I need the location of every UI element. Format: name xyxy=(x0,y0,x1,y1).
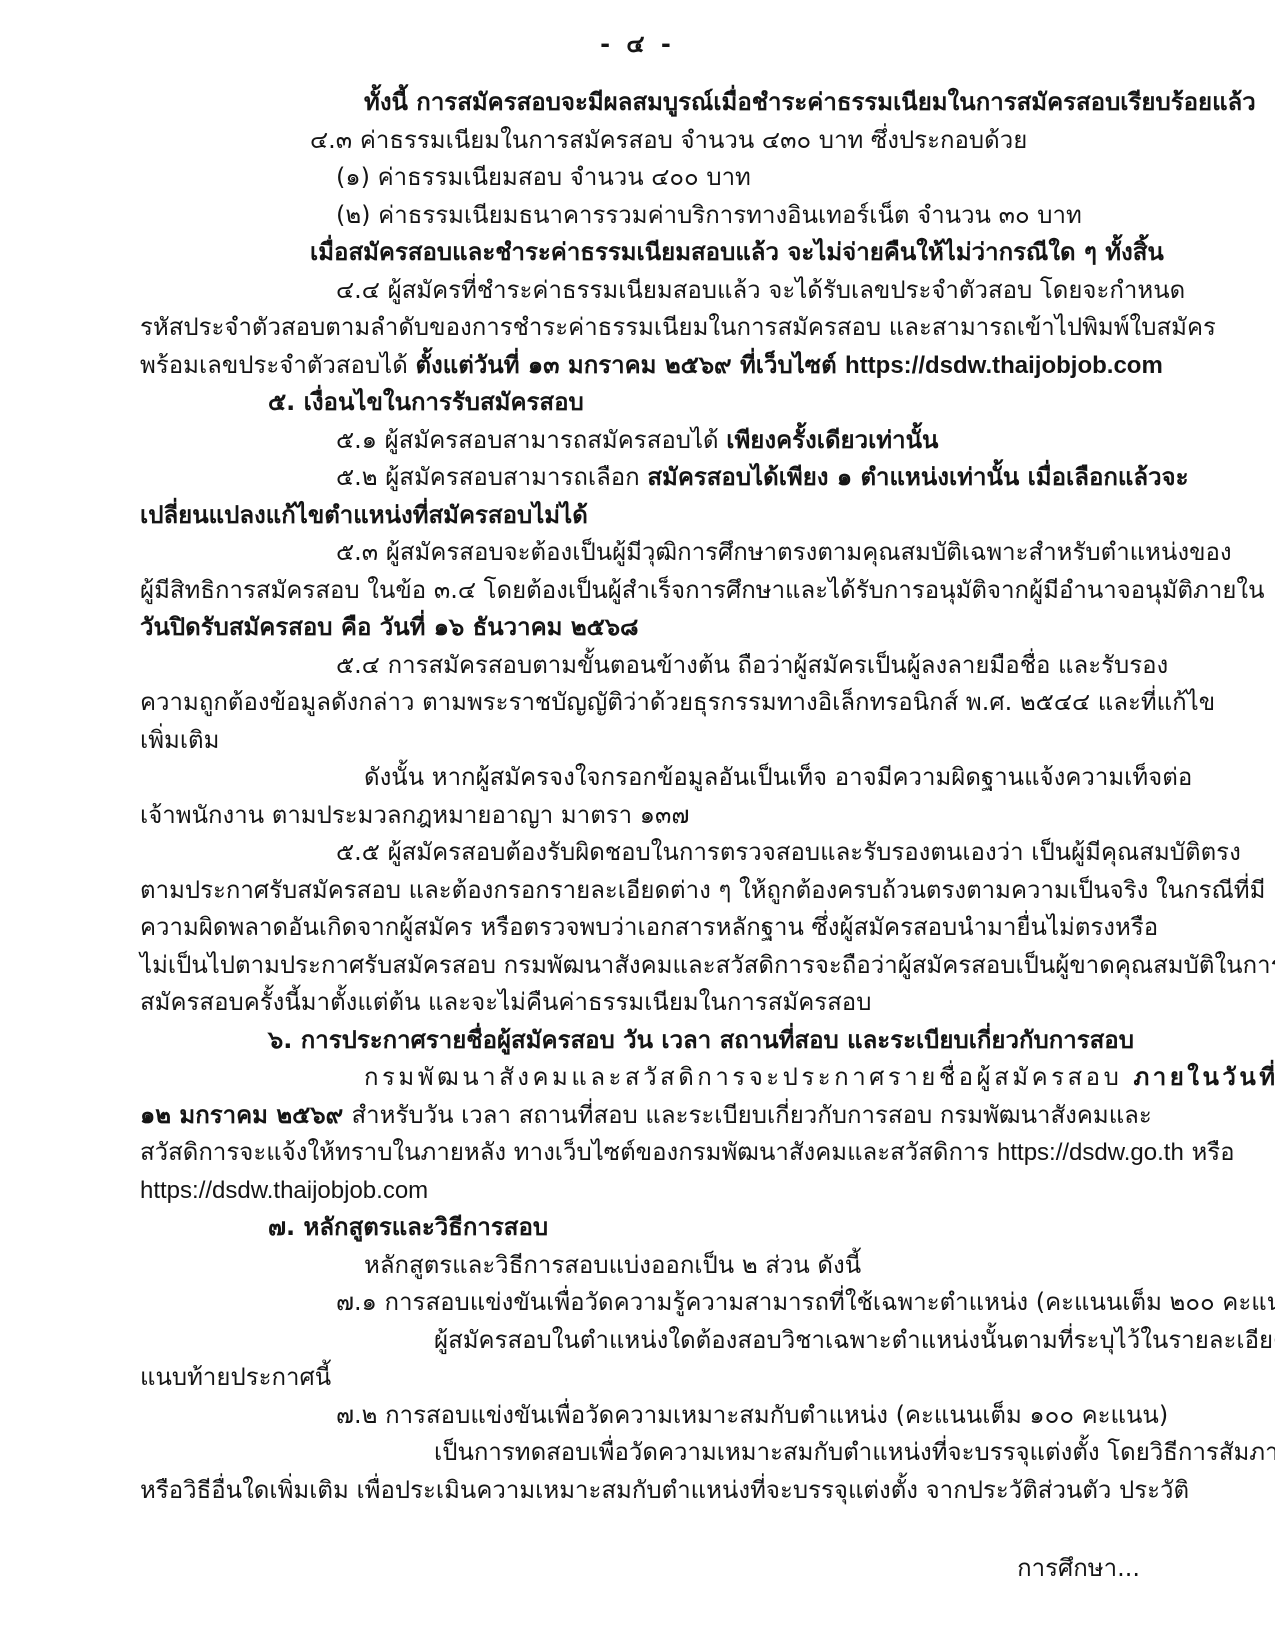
document-line: รหัสประจำตัวสอบตามลำดับของการชำระค่าธรรม… xyxy=(140,309,1115,347)
document-line: พร้อมเลขประจำตัวสอบได้ ตั้งแต่วันที่ ๑๓ … xyxy=(140,347,1115,385)
document-line: ๔.๔ ผู้สมัครที่ชำระค่าธรรมเนียมสอบแล้ว จ… xyxy=(336,272,1115,310)
text-run: สมัครสอบได้เพียง ๑ ตำแหน่งเท่านั้น เมื่อ… xyxy=(647,463,1188,491)
text-run: วันปิดรับสมัครสอบ คือ วันที่ ๑๖ ธันวาคม … xyxy=(140,613,639,641)
document-line: ๖. การประกาศรายชื่อผู้สมัครสอบ วัน เวลา … xyxy=(268,1022,1115,1060)
text-run: ๗.๑ การสอบแข่งขันเพื่อวัดความรู้ความสามา… xyxy=(336,1288,1275,1316)
url-text: https://dsdw.go.th xyxy=(997,1139,1184,1166)
text-run: เป็นการทดสอบเพื่อวัดความเหมาะสมกับตำแหน่… xyxy=(434,1438,1275,1466)
text-run: ความถูกต้องข้อมูลดังกล่าว ตามพระราชบัญญั… xyxy=(140,688,1215,716)
text-run: ๕.๓ ผู้สมัครสอบจะต้องเป็นผู้มีวุฒิการศึก… xyxy=(336,538,1232,566)
text-run: ผู้สมัครสอบในตำแหน่งใดต้องสอบวิชาเฉพาะตำ… xyxy=(434,1326,1275,1354)
text-run: เปลี่ยนแปลงแก้ไขตำแหน่งที่สมัครสอบไม่ได้ xyxy=(140,501,588,529)
document-line: เปลี่ยนแปลงแก้ไขตำแหน่งที่สมัครสอบไม่ได้ xyxy=(140,497,1115,535)
document-line: ๗.๑ การสอบแข่งขันเพื่อวัดความรู้ความสามา… xyxy=(336,1284,1115,1322)
document-line: ๕.๒ ผู้สมัครสอบสามารถเลือก สมัครสอบได้เพ… xyxy=(336,459,1115,497)
document-line: ๑๒ มกราคม ๒๕๖๙ สำหรับวัน เวลา สถานที่สอบ… xyxy=(140,1097,1115,1135)
text-run: ๕. เงื่อนไขในการรับสมัครสอบ xyxy=(268,388,584,416)
text-run: ทั้งนี้ การสมัครสอบจะมีผลสมบูรณ์เมื่อชำร… xyxy=(364,88,1256,116)
text-run: พร้อมเลขประจำตัวสอบได้ xyxy=(140,351,415,379)
text-run: ๕.๕ ผู้สมัครสอบต้องรับผิดชอบในการตรวจสอบ… xyxy=(336,838,1241,866)
text-run: สวัสดิการจะแจ้งให้ทราบในภายหลัง ทางเว็บไ… xyxy=(140,1138,997,1166)
document-line: กรมพัฒนาสังคมและสวัสดิการจะประกาศรายชื่อ… xyxy=(364,1059,1115,1097)
document-page: - ๔ - ทั้งนี้ การสมัครสอบจะมีผลสมบูรณ์เม… xyxy=(0,0,1275,1650)
text-run: (๑) ค่าธรรมเนียมสอบ จำนวน ๔๐๐ บาท xyxy=(336,163,751,191)
text-run: ๔.๔ ผู้สมัครที่ชำระค่าธรรมเนียมสอบแล้ว จ… xyxy=(336,276,1185,304)
document-line: ๕. เงื่อนไขในการรับสมัครสอบ xyxy=(268,384,1115,422)
document-line: เจ้าพนักงาน ตามประมวลกฎหมายอาญา มาตรา ๑๓… xyxy=(140,797,1115,835)
document-line: ผู้มีสิทธิการสมัครสอบ ในข้อ ๓.๔ โดยต้องเ… xyxy=(140,572,1115,610)
text-run: ๖. การประกาศรายชื่อผู้สมัครสอบ วัน เวลา … xyxy=(268,1026,1134,1054)
document-line: ผู้สมัครสอบในตำแหน่งใดต้องสอบวิชาเฉพาะตำ… xyxy=(434,1322,1115,1360)
text-run: ๔.๓ ค่าธรรมเนียมในการสมัครสอบ จำนวน ๔๓๐ … xyxy=(310,126,1027,154)
document-line: ๕.๑ ผู้สมัครสอบสามารถสมัครสอบได้ เพียงคร… xyxy=(336,422,1115,460)
document-line: วันปิดรับสมัครสอบ คือ วันที่ ๑๖ ธันวาคม … xyxy=(140,609,1115,647)
text-run: ตั้งแต่วันที่ ๑๓ มกราคม ๒๕๖๙ ที่เว็บไซต์ xyxy=(415,351,845,379)
page-number: - ๔ - xyxy=(0,24,1275,63)
text-run: ผู้มีสิทธิการสมัครสอบ ในข้อ ๓.๔ โดยต้องเ… xyxy=(140,576,1265,604)
text-run: รหัสประจำตัวสอบตามลำดับของการชำระค่าธรรม… xyxy=(140,313,1216,341)
document-line: ทั้งนี้ การสมัครสอบจะมีผลสมบูรณ์เมื่อชำร… xyxy=(364,84,1115,122)
document-line: หรือวิธีอื่นใดเพิ่มเติม เพื่อประเมินความ… xyxy=(140,1472,1115,1510)
text-run: แนบท้ายประกาศนี้ xyxy=(140,1363,331,1391)
text-run: ๑๒ มกราคม ๒๕๖๙ xyxy=(140,1101,352,1129)
text-run: หรือ xyxy=(1184,1138,1235,1166)
text-run: ความผิดพลาดอันเกิดจากผู้สมัคร หรือตรวจพบ… xyxy=(140,913,1158,941)
document-line: ๕.๔ การสมัครสอบตามขั้นตอนข้างต้น ถือว่าผ… xyxy=(336,647,1115,685)
text-run: (๒) ค่าธรรมเนียมธนาคารรวมค่าบริการทางอิน… xyxy=(336,201,1082,229)
document-line: ตามประกาศรับสมัครสอบ และต้องกรอกรายละเอี… xyxy=(140,872,1115,910)
document-line: https://dsdw.thaijobjob.com xyxy=(140,1172,1115,1210)
document-line: เมื่อสมัครสอบและชำระค่าธรรมเนียมสอบแล้ว … xyxy=(310,234,1115,272)
document-line: เป็นการทดสอบเพื่อวัดความเหมาะสมกับตำแหน่… xyxy=(434,1434,1115,1472)
text-run: ๕.๔ การสมัครสอบตามขั้นตอนข้างต้น ถือว่าผ… xyxy=(336,651,1168,679)
document-line: สมัครสอบครั้งนี้มาตั้งแต่ต้น และจะไม่คืน… xyxy=(140,984,1115,1022)
text-run: กรมพัฒนาสังคมและสวัสดิการจะประกาศรายชื่อ… xyxy=(364,1063,1133,1091)
text-run: ตามประกาศรับสมัครสอบ และต้องกรอกรายละเอี… xyxy=(140,876,1265,904)
document-line: ๕.๓ ผู้สมัครสอบจะต้องเป็นผู้มีวุฒิการศึก… xyxy=(336,534,1115,572)
url-text: https://dsdw.thaijobjob.com xyxy=(140,1177,428,1204)
text-run: ภายในวันที่ xyxy=(1133,1063,1275,1091)
document-line: ๕.๕ ผู้สมัครสอบต้องรับผิดชอบในการตรวจสอบ… xyxy=(336,834,1115,872)
url-text: https://dsdw.thaijobjob.com xyxy=(845,352,1163,379)
document-line: ดังนั้น หากผู้สมัครจงใจกรอกข้อมูลอันเป็น… xyxy=(364,759,1115,797)
document-line: (๒) ค่าธรรมเนียมธนาคารรวมค่าบริการทางอิน… xyxy=(336,197,1115,235)
document-line: ๔.๓ ค่าธรรมเนียมในการสมัครสอบ จำนวน ๔๓๐ … xyxy=(310,122,1115,160)
text-run: ดังนั้น หากผู้สมัครจงใจกรอกข้อมูลอันเป็น… xyxy=(364,763,1192,791)
document-body: ทั้งนี้ การสมัครสอบจะมีผลสมบูรณ์เมื่อชำร… xyxy=(140,84,1115,1509)
document-line: แนบท้ายประกาศนี้ xyxy=(140,1359,1115,1397)
text-run: ไม่เป็นไปตามประกาศรับสมัครสอบ กรมพัฒนาสั… xyxy=(140,951,1275,979)
text-run: เมื่อสมัครสอบและชำระค่าธรรมเนียมสอบแล้ว … xyxy=(310,238,1164,266)
document-line: (๑) ค่าธรรมเนียมสอบ จำนวน ๔๐๐ บาท xyxy=(336,159,1115,197)
document-line: ๗.๒ การสอบแข่งขันเพื่อวัดความเหมาะสมกับต… xyxy=(336,1397,1115,1435)
continuation-marker: การศึกษา... xyxy=(1017,1548,1140,1587)
text-run: หรือวิธีอื่นใดเพิ่มเติม เพื่อประเมินความ… xyxy=(140,1476,1189,1504)
text-run: ๗.๒ การสอบแข่งขันเพื่อวัดความเหมาะสมกับต… xyxy=(336,1401,1168,1429)
text-run: เจ้าพนักงาน ตามประมวลกฎหมายอาญา มาตรา ๑๓… xyxy=(140,801,689,829)
document-line: ไม่เป็นไปตามประกาศรับสมัครสอบ กรมพัฒนาสั… xyxy=(140,947,1115,985)
document-line: ความผิดพลาดอันเกิดจากผู้สมัคร หรือตรวจพบ… xyxy=(140,909,1115,947)
text-run: เพิ่มเติม xyxy=(140,726,219,754)
text-run: หลักสูตรและวิธีการสอบแบ่งออกเป็น ๒ ส่วน … xyxy=(364,1251,861,1279)
text-run: สำหรับวัน เวลา สถานที่สอบ และระเบียบเกี่… xyxy=(352,1101,1152,1129)
text-run: สมัครสอบครั้งนี้มาตั้งแต่ต้น และจะไม่คืน… xyxy=(140,988,871,1016)
text-run: ๕.๑ ผู้สมัครสอบสามารถสมัครสอบได้ xyxy=(336,426,726,454)
document-line: เพิ่มเติม xyxy=(140,722,1115,760)
document-line: สวัสดิการจะแจ้งให้ทราบในภายหลัง ทางเว็บไ… xyxy=(140,1134,1115,1172)
document-line: ความถูกต้องข้อมูลดังกล่าว ตามพระราชบัญญั… xyxy=(140,684,1115,722)
document-line: หลักสูตรและวิธีการสอบแบ่งออกเป็น ๒ ส่วน … xyxy=(364,1247,1115,1285)
text-run: ๗. หลักสูตรและวิธีการสอบ xyxy=(268,1213,548,1241)
text-run: ๕.๒ ผู้สมัครสอบสามารถเลือก xyxy=(336,463,647,491)
document-line: ๗. หลักสูตรและวิธีการสอบ xyxy=(268,1209,1115,1247)
text-run: เพียงครั้งเดียวเท่านั้น xyxy=(726,426,938,454)
